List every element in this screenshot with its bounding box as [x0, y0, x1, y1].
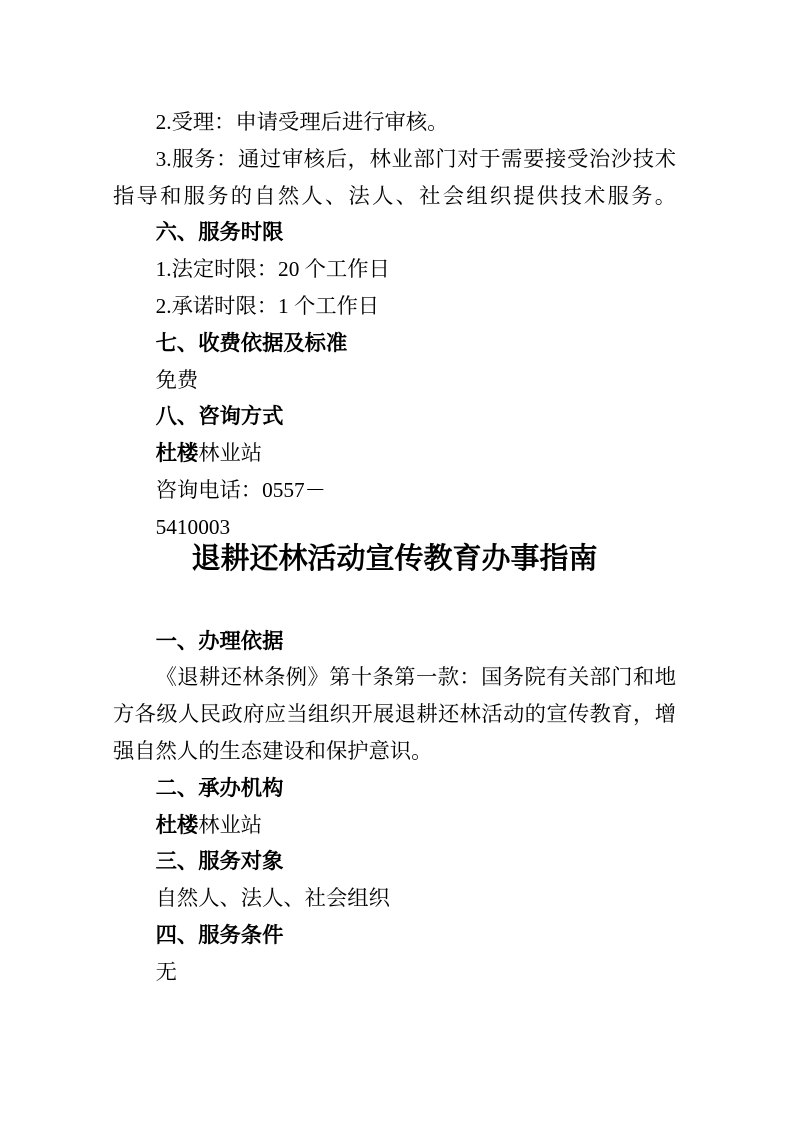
- process-step-2: 2.受理：申请受理后进行审核。: [113, 104, 676, 141]
- consult-agency-name-bold: 杜楼: [156, 441, 199, 465]
- section-heading-consult: 八、咨询方式: [113, 398, 676, 435]
- process-step-3-line-2: 指导和服务的自然人、法人、社会组织提供技术服务。: [113, 178, 676, 215]
- section-heading-agency: 二、承办机构: [113, 770, 676, 807]
- consult-agency-line: 杜楼林业站: [113, 435, 676, 472]
- consult-agency-name-rest: 林业站: [198, 441, 262, 465]
- agency-name-rest: 林业站: [198, 813, 262, 837]
- section-heading-basis: 一、办理依据: [113, 623, 676, 660]
- statutory-time-limit: 1.法定时限：20 个工作日: [113, 251, 676, 288]
- agency-line: 杜楼林业站: [113, 807, 676, 844]
- document-page: 2.受理：申请受理后进行审核。 3.服务：通过审核后，林业部门对于需要接受治沙技…: [0, 0, 793, 1122]
- basis-paragraph-line-3: 强自然人的生态建设和保护意识。: [113, 733, 676, 770]
- document-title: 退耕还林活动宣传教育办事指南: [113, 538, 676, 580]
- basis-paragraph-line-2: 方各级人民政府应当组织开展退耕还林活动的宣传教育，增: [113, 696, 676, 733]
- promised-time-limit: 2.承诺时限：1 个工作日: [113, 288, 676, 325]
- section-heading-target: 三、服务对象: [113, 843, 676, 880]
- section-heading-condition: 四、服务条件: [113, 917, 676, 954]
- process-step-3-line-1: 3.服务：通过审核后，林业部门对于需要接受治沙技术: [113, 141, 676, 178]
- agency-name-bold: 杜楼: [156, 813, 199, 837]
- basis-paragraph-line-1: 《退耕还林条例》第十条第一款：国务院有关部门和地: [113, 659, 676, 696]
- fee-value: 免费: [113, 362, 676, 399]
- section-heading-fee-basis: 七、收费依据及标准: [113, 325, 676, 362]
- section-heading-service-time: 六、服务时限: [113, 214, 676, 251]
- service-target: 自然人、法人、社会组织: [113, 880, 676, 917]
- consult-phone-label: 咨询电话：0557－: [113, 472, 676, 509]
- service-condition: 无: [113, 954, 676, 991]
